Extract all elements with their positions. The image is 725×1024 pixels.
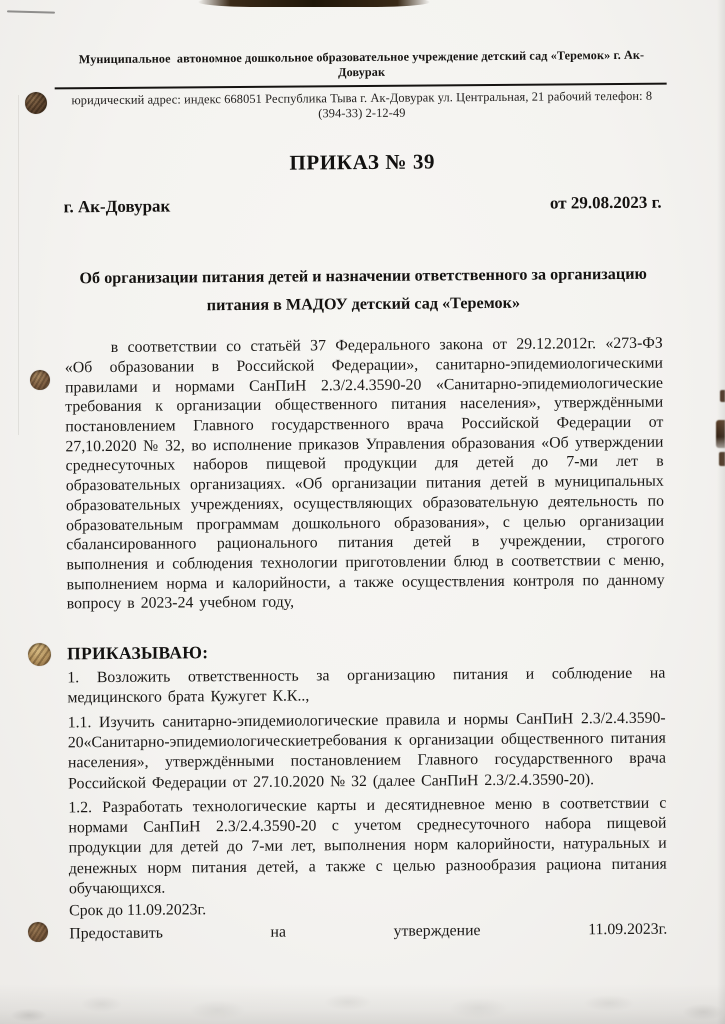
scan-noise-bottom [0, 984, 725, 1024]
order-subject: Об организации питания детей и назначени… [64, 260, 662, 321]
document-content: Муниципальное автономное дошкольное обра… [62, 0, 667, 943]
order-preamble: в соответствии со статьёй 37 Федеральног… [65, 334, 665, 615]
approval-word-3: утверждение [394, 922, 481, 941]
punch-hole-icon [28, 643, 51, 666]
order-title: ПРИКАЗ № 39 [63, 148, 661, 178]
letterhead-organization: Муниципальное автономное дошкольное обра… [62, 48, 660, 83]
scan-artifact-dash [7, 10, 55, 13]
approval-row: Предоставить на утверждение 11.09.2023г. [69, 920, 667, 943]
scan-shadow-right [717, 0, 725, 1024]
order-item-1: 1. Возложить ответственность за организа… [67, 664, 665, 709]
paper-crease [18, 95, 19, 435]
order-item-1-2: 1.2. Разработать технологические карты и… [68, 793, 667, 899]
place-date-row: г. Ак-Довурак от 29.08.2023 г. [64, 193, 662, 218]
order-item-1-1: 1.1. Изучить санитарно-эпидемиологически… [68, 708, 667, 794]
letterhead-address: юридический адрес: индекс 668051 Республ… [63, 89, 661, 124]
order-place: г. Ак-Довурак [64, 197, 171, 218]
resolve-heading: ПРИКАЗЫВАЮ: [67, 639, 665, 665]
punch-hole-icon [25, 92, 47, 114]
punch-hole-icon [30, 370, 50, 390]
approval-word-1: Предоставить [69, 924, 163, 943]
scanned-document-page: Муниципальное автономное дошкольное обра… [0, 0, 725, 1024]
order-subject-line1: Об организации питания детей и назначени… [64, 260, 662, 293]
punch-hole-icon [28, 922, 48, 942]
order-subject-line2: питания в МАДОУ детский сад «Теремок» [64, 288, 662, 321]
approval-word-2: на [270, 923, 286, 941]
order-date: от 29.08.2023 г. [550, 193, 662, 214]
deadline-line: Срок до 11.09.2023г. [69, 897, 667, 922]
approval-date: 11.09.2023г. [588, 920, 667, 939]
